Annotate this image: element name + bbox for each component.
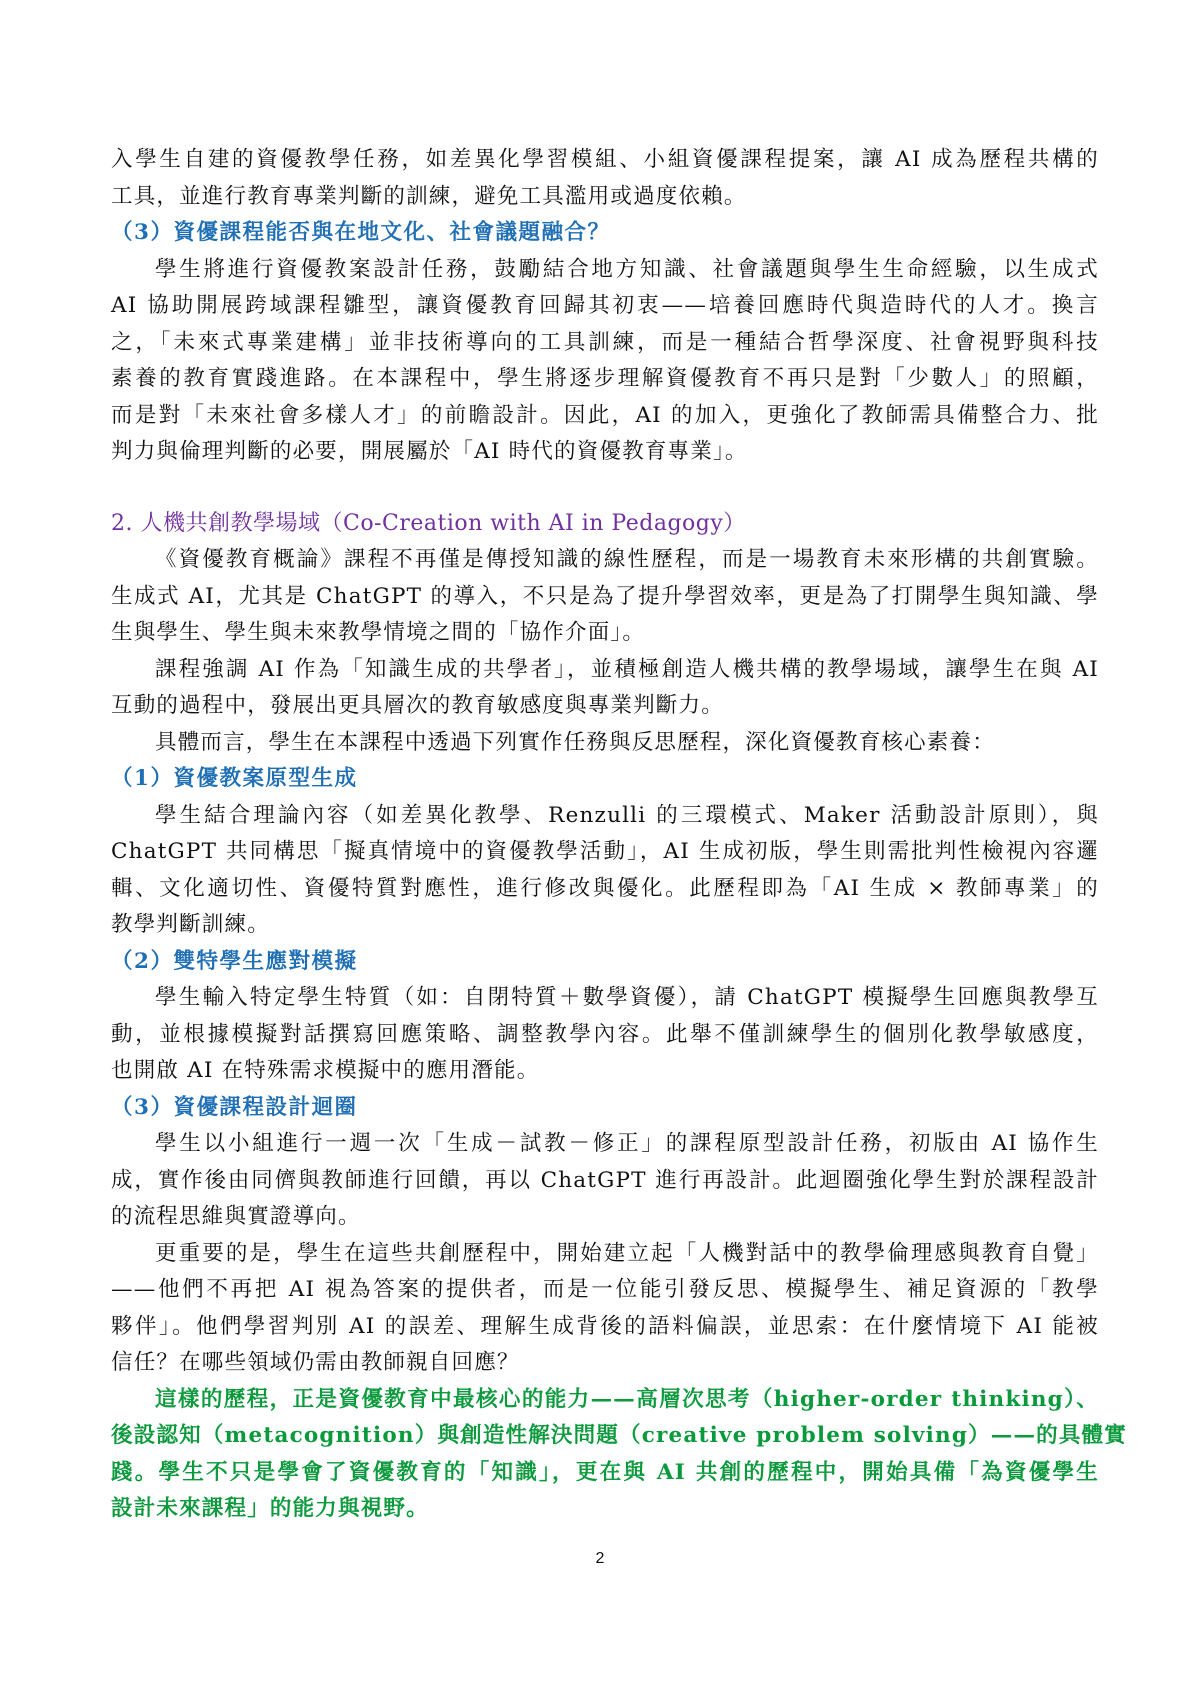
text-line: 成，實作後由同儕與教師進行回饋，再以 ChatGPT 進行再設計。此迴圈強化學生… [111,1163,1099,1200]
text-line: 後設認知（metacognition）與創造性解決問題（creative pro… [111,1418,1099,1455]
paragraph-continued: 入學生自建的資優教學任務，如差異化學習模組、小組資優課程提案，讓 AI 成為歷程… [111,142,1099,215]
subheading-lesson-prototype: （1）資優教案原型生成 [111,761,1099,798]
paragraph-design-loop: 學生以小組進行一週一次「生成－試教－修正」的課程原型設計任務，初版由 AI 協作… [111,1126,1099,1236]
text-line: 具體而言，學生在本課程中透過下列實作任務與反思歷程，深化資優教育核心素養： [111,725,1099,762]
text-line: 《資優教育概論》課程不再僅是傳授知識的線性歷程，而是一場教育未來形構的共創實驗。 [111,542,1099,579]
paragraph-lesson-prototype: 學生結合理論內容（如差異化教學、Renzulli 的三環模式、Maker 活動設… [111,798,1099,944]
text-line: 的流程思維與實證導向。 [111,1199,1099,1236]
text-line: 學生結合理論內容（如差異化教學、Renzulli 的三環模式、Maker 活動設… [111,798,1099,835]
page-number: 2 [0,1550,1200,1568]
text-line: 這樣的歷程，正是資優教育中最核心的能力——高層次思考（higher-order … [111,1382,1099,1419]
text-line: AI 協助開展跨域課程雛型，讓資優教育回歸其初衷——培養回應時代與造時代的人才。… [111,288,1099,325]
text-line: 踐。學生不只是學會了資優教育的「知識」，更在與 AI 共創的歷程中，開始具備「為… [111,1455,1099,1492]
text-line: 動，並根據模擬對話撰寫回應策略、調整教學內容。此舉不僅訓練學生的個別化教學敏感度… [111,1017,1099,1054]
subheading-twice-exceptional: （2）雙特學生應對模擬 [111,944,1099,981]
text-line: 生與學生、學生與未來教學情境之間的「協作介面」。 [111,615,1099,652]
page-content: 入學生自建的資優教學任務，如差異化學習模組、小組資優課程提案，讓 AI 成為歷程… [111,142,1099,1528]
text-line: 工具，並進行教育專業判斷的訓練，避免工具濫用或過度依賴。 [111,179,1099,216]
subheading-design-loop: （3）資優課程設計迴圈 [111,1090,1099,1127]
text-line: 夥伴」。他們學習判別 AI 的誤差、理解生成背後的語料偏誤，並思索：在什麼情境下… [111,1309,1099,1346]
document-page: 入學生自建的資優教學任務，如差異化學習模組、小組資優課程提案，讓 AI 成為歷程… [0,0,1200,1697]
paragraph-ai-colearner: 課程強調 AI 作為「知識生成的共學者」，並積極創造人機共構的教學場域，讓學生在… [111,652,1099,725]
subheading-local-culture: （3）資優課程能否與在地文化、社會議題融合？ [111,215,1099,252]
text-line: ChatGPT 共同構思「擬真情境中的資優教學活動」，AI 生成初版，學生則需批… [111,834,1099,871]
text-line: 入學生自建的資優教學任務，如差異化學習模組、小組資優課程提案，讓 AI 成為歷程… [111,142,1099,179]
paragraph-ethics: 更重要的是，學生在這些共創歷程中，開始建立起「人機對話中的教學倫理感與教育自覺」… [111,1236,1099,1382]
text-line: 學生輸入特定學生特質（如：自閉特質＋數學資優），請 ChatGPT 模擬學生回應… [111,980,1099,1017]
paragraph-intro-co-creation: 《資優教育概論》課程不再僅是傳授知識的線性歷程，而是一場教育未來形構的共創實驗。… [111,542,1099,652]
paragraph-specifics: 具體而言，學生在本課程中透過下列實作任務與反思歷程，深化資優教育核心素養： [111,725,1099,762]
text-line: 素養的教育實踐進路。在本課程中，學生將逐步理解資優教育不再只是對「少數人」的照顧… [111,361,1099,398]
section-heading-co-creation: 2. 人機共創教學場域（Co-Creation with AI in Pedag… [111,506,1099,543]
text-line: 判力與倫理判斷的必要，開展屬於「AI 時代的資優教育專業」。 [111,434,1099,471]
text-line: 課程強調 AI 作為「知識生成的共學者」，並積極創造人機共構的教學場域，讓學生在… [111,652,1099,689]
text-line: 之，「未來式專業建構」並非技術導向的工具訓練，而是一種結合哲學深度、社會視野與科… [111,325,1099,362]
text-line: 學生將進行資優教案設計任務，鼓勵結合地方知識、社會議題與學生生命經驗，以生成式 [111,252,1099,289]
text-line: 互動的過程中，發展出更具層次的教育敏感度與專業判斷力。 [111,688,1099,725]
text-line: 學生以小組進行一週一次「生成－試教－修正」的課程原型設計任務，初版由 AI 協作… [111,1126,1099,1163]
text-line: 設計未來課程」的能力與視野。 [111,1491,1099,1528]
text-line: 更重要的是，學生在這些共創歷程中，開始建立起「人機對話中的教學倫理感與教育自覺」 [111,1236,1099,1273]
text-line: ——他們不再把 AI 視為答案的提供者，而是一位能引發反思、模擬學生、補足資源的… [111,1272,1099,1309]
paragraph-conclusion-emphasis: 這樣的歷程，正是資優教育中最核心的能力——高層次思考（higher-order … [111,1382,1099,1528]
text-line: 而是對「未來社會多樣人才」的前瞻設計。因此，AI 的加入，更強化了教師需具備整合… [111,398,1099,435]
paragraph-twice-exceptional: 學生輸入特定學生特質（如：自閉特質＋數學資優），請 ChatGPT 模擬學生回應… [111,980,1099,1090]
text-line: 生成式 AI，尤其是 ChatGPT 的導入，不只是為了提升學習效率，更是為了打… [111,579,1099,616]
text-line: 教學判斷訓練。 [111,907,1099,944]
text-line: 輯、文化適切性、資優特質對應性，進行修改與優化。此歷程即為「AI 生成 × 教師… [111,871,1099,908]
text-line: 也開啟 AI 在特殊需求模擬中的應用潛能。 [111,1053,1099,1090]
text-line: 信任？在哪些領域仍需由教師親自回應？ [111,1345,1099,1382]
paragraph-curriculum-design: 學生將進行資優教案設計任務，鼓勵結合地方知識、社會議題與學生生命經驗，以生成式 … [111,252,1099,471]
